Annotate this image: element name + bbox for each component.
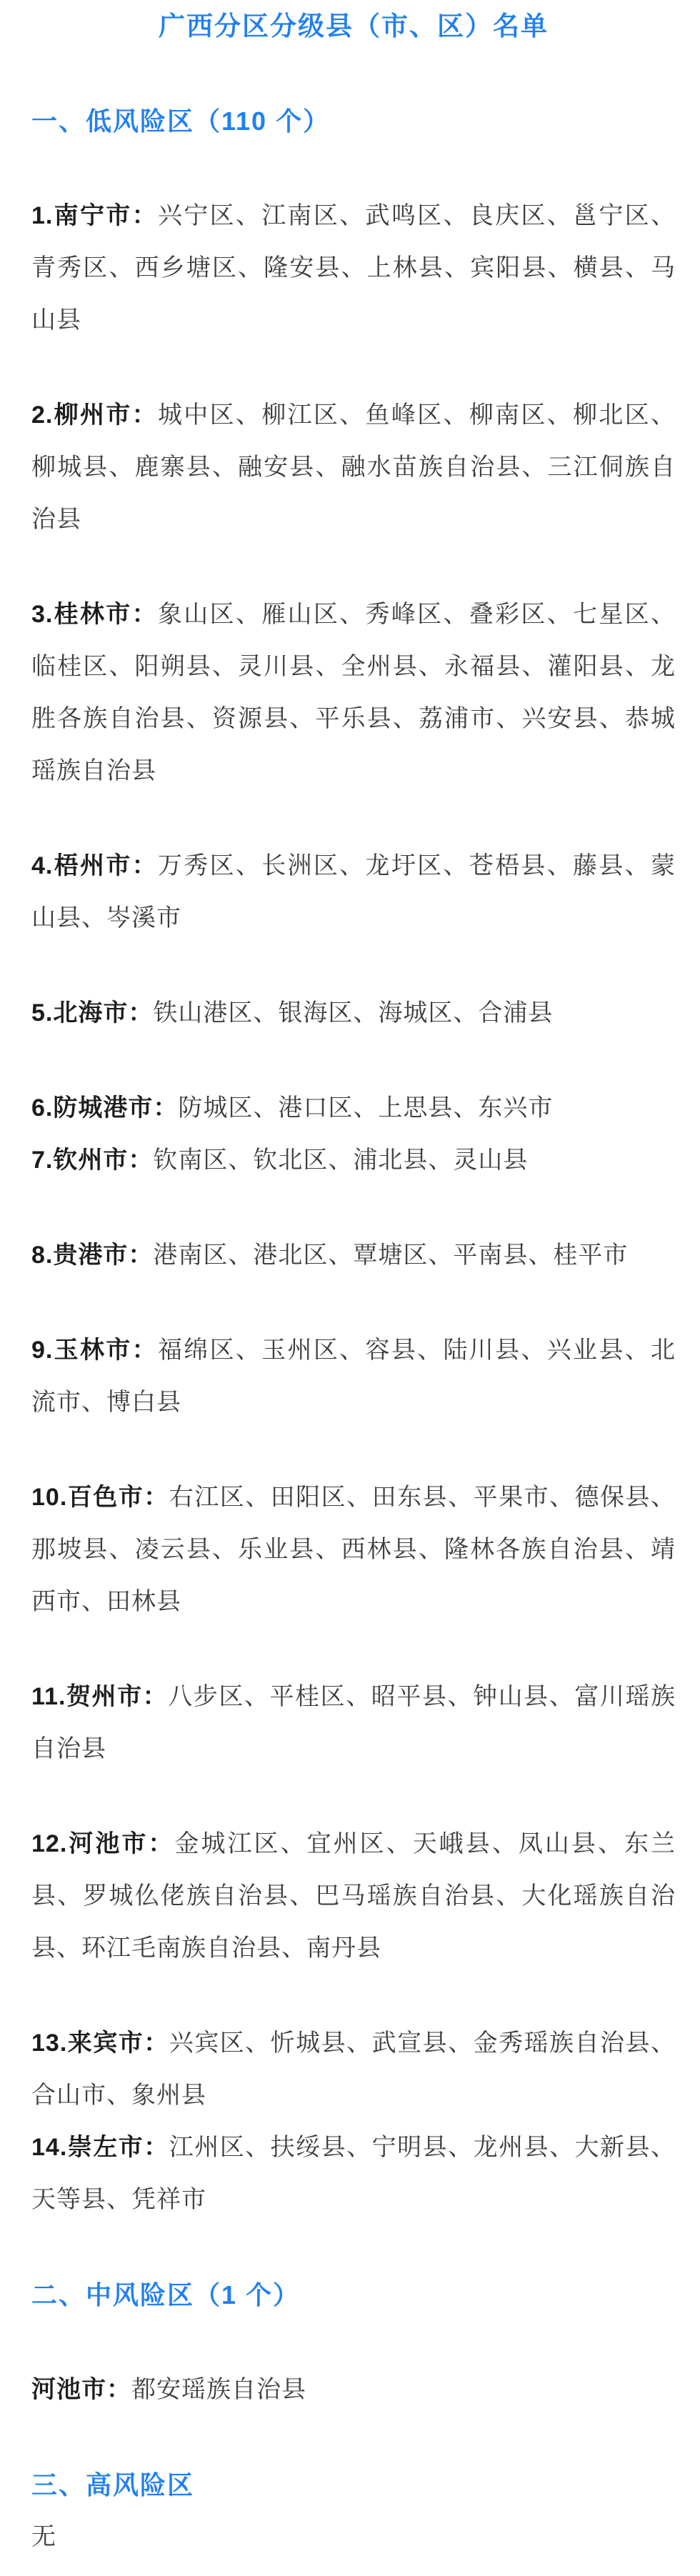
city-label: 6.防城港市： [31, 1094, 178, 1122]
county-list: 防城区、港口区、上思县、东兴市 [178, 1094, 553, 1122]
city-label: 2.柳州市： [31, 401, 158, 429]
county-list: 无 [31, 2523, 56, 2550]
city-group: 6.防城港市：防城区、港口区、上思县、东兴市 [31, 1082, 676, 1134]
city-group: 1.南宁市：兴宁区、江南区、武鸣区、良庆区、邕宁区、青秀区、西乡塘区、隆安县、上… [31, 190, 676, 346]
city-group: 无 [31, 2511, 676, 2563]
city-label: 12.河池市： [31, 1830, 174, 1857]
county-list: 港南区、港北区、覃塘区、平南县、桂平市 [153, 1242, 628, 1269]
county-list: 象山区、雁山区、秀峰区、叠彩区、七星区、临桂区、阳朔县、灵川县、全州县、永福县、… [31, 601, 676, 784]
section-heading: 二、中风险区（1 个） [31, 2269, 676, 2321]
section-heading: 一、低风险区（110 个） [31, 95, 676, 147]
city-label: 4.梧州市： [31, 852, 158, 879]
city-label: 1.南宁市： [31, 202, 158, 229]
city-label: 3.桂林市： [31, 601, 158, 628]
city-group: 河池市：都安瑶族自治县 [31, 2364, 676, 2416]
document: 广西分区分级县（市、区）名单 一、低风险区（110 个）1.南宁市：兴宁区、江南… [0, 0, 700, 2576]
city-group: 8.贵港市：港南区、港北区、覃塘区、平南县、桂平市 [31, 1229, 676, 1282]
sections: 一、低风险区（110 个）1.南宁市：兴宁区、江南区、武鸣区、良庆区、邕宁区、青… [31, 95, 676, 2563]
city-group: 12.河池市：金城江区、宜州区、天峨县、凤山县、东兰县、罗城仫佬族自治县、巴马瑶… [31, 1818, 676, 1975]
city-group: 10.百色市：右江区、田阳区、田东县、平果市、德保县、那坡县、凌云县、乐业县、西… [31, 1472, 676, 1628]
page-title: 广西分区分级县（市、区）名单 [31, 0, 676, 52]
county-list: 铁山港区、银海区、海城区、合浦县 [153, 999, 553, 1027]
county-list: 钦南区、钦北区、浦北县、灵山县 [153, 1147, 528, 1174]
city-label: 9.玉林市： [31, 1337, 158, 1364]
city-label: 14.崇左市： [31, 2134, 169, 2161]
city-label: 10.百色市： [31, 1484, 169, 1511]
city-group: 13.来宾市：兴宾区、忻城县、武宣县、金秀瑶族自治县、合山市、象州县 [31, 2017, 676, 2122]
section-heading: 三、高风险区 [31, 2459, 676, 2511]
city-group: 11.贺州市：八步区、平桂区、昭平县、钟山县、富川瑶族自治县 [31, 1671, 676, 1775]
city-label: 11.贺州市： [31, 1683, 168, 1710]
county-list: 都安瑶族自治县 [131, 2376, 306, 2403]
city-group: 7.钦州市：钦南区、钦北区、浦北县、灵山县 [31, 1134, 676, 1187]
city-group: 9.玉林市：福绵区、玉州区、容县、陆川县、兴业县、北流市、博白县 [31, 1324, 676, 1429]
section-medium-risk: 二、中风险区（1 个）河池市：都安瑶族自治县 [31, 2269, 676, 2416]
city-group: 3.桂林市：象山区、雁山区、秀峰区、叠彩区、七星区、临桂区、阳朔县、灵川县、全州… [31, 589, 676, 797]
city-group: 2.柳州市：城中区、柳江区、鱼峰区、柳南区、柳北区、柳城县、鹿寨县、融安县、融水… [31, 389, 676, 546]
city-group: 5.北海市：铁山港区、银海区、海城区、合浦县 [31, 987, 676, 1039]
city-group: 4.梧州市：万秀区、长洲区、龙圩区、苍梧县、藤县、蒙山县、岑溪市 [31, 840, 676, 944]
city-label: 5.北海市： [31, 999, 153, 1027]
section-low-risk: 一、低风险区（110 个）1.南宁市：兴宁区、江南区、武鸣区、良庆区、邕宁区、青… [31, 95, 676, 2226]
city-label: 13.来宾市： [31, 2030, 169, 2057]
city-group: 14.崇左市：江州区、扶绥县、宁明县、龙州县、大新县、天等县、凭祥市 [31, 2122, 676, 2226]
city-label: 河池市： [31, 2376, 131, 2403]
city-label: 8.贵港市： [31, 1242, 153, 1269]
section-high-risk: 三、高风险区无 [31, 2459, 676, 2563]
city-label: 7.钦州市： [31, 1147, 153, 1174]
